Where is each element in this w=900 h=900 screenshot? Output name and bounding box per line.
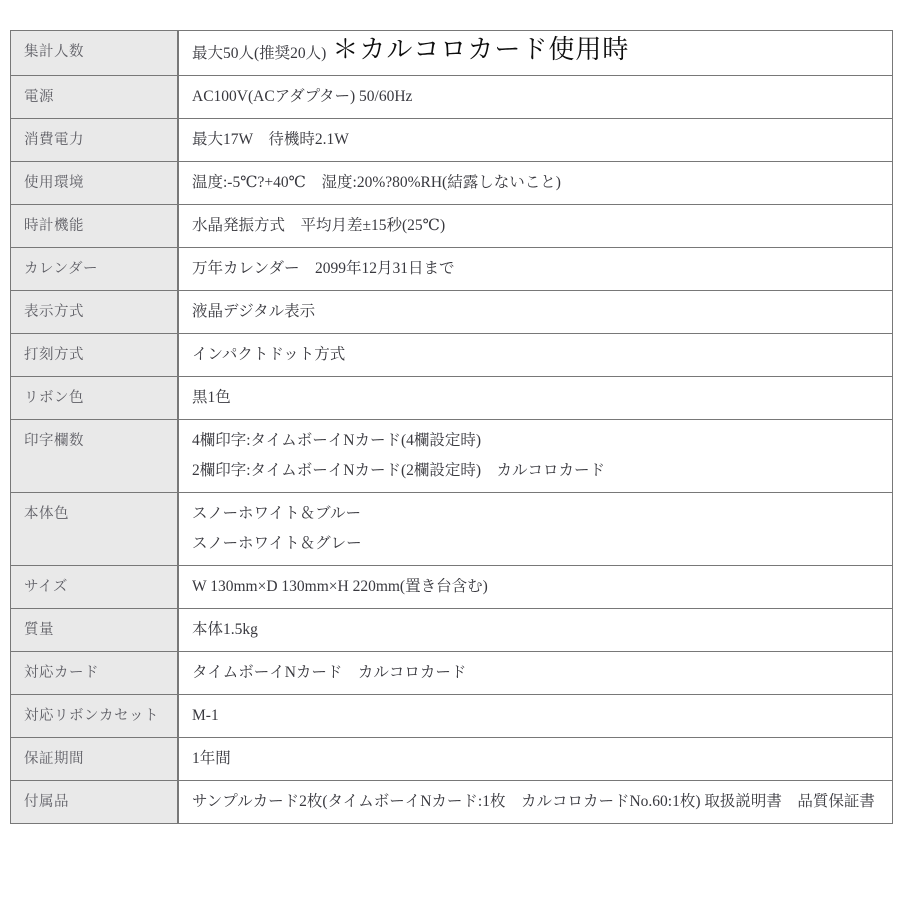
spec-table: 集計人数最大50人(推奨20人)＊カルコロカード使用時電源AC100V(ACアダ… [10,30,893,824]
spec-value-text: インパクトドット方式 [192,346,345,363]
table-row: 対応カードタイムボーイNカード カルコロカード [11,652,892,695]
spec-value-text: タイムボーイNカード カルコロカード [192,664,466,681]
spec-label: リボン色 [11,377,179,419]
spec-label: 使用環境 [11,162,179,204]
spec-value-text: 4欄印字:タイムボーイNカード(4欄設定時) [192,432,481,449]
spec-value-text: 水晶発振方式 平均月差±15秒(25℃) [192,217,445,234]
spec-value-text: 黒1色 [192,389,231,406]
spec-label: 印字欄数 [11,420,179,492]
spec-value: 最大17W 待機時2.1W [179,119,892,161]
usage-note-large-text: ＊カルコロカード使用時 [332,35,629,64]
table-row: リボン色黒1色 [11,377,892,420]
spec-value-line: タイムボーイNカード カルコロカード [192,658,886,688]
spec-value-line: M-1 [192,701,886,731]
spec-value: 黒1色 [179,377,892,419]
spec-value: スノーホワイト＆ブルースノーホワイト＆グレー [179,493,892,565]
table-row: 時計機能水晶発振方式 平均月差±15秒(25℃) [11,205,892,248]
table-row: 付属品サンプルカード2枚(タイムボーイNカード:1枚 カルコロカードNo.60:… [11,781,892,823]
table-row: 集計人数最大50人(推奨20人)＊カルコロカード使用時 [11,31,892,76]
spec-value-text: W 130mm×D 130mm×H 220mm(置き台含む) [192,578,488,595]
spec-value-text: スノーホワイト＆グレー [192,535,362,552]
spec-label: 対応カード [11,652,179,694]
spec-value-text: AC100V(ACアダプター) 50/60Hz [192,88,412,105]
spec-label: 対応リボンカセット [11,695,179,737]
spec-value-text: サンプルカード2枚(タイムボーイNカード:1枚 カルコロカードNo.60:1枚)… [192,793,875,810]
spec-value-line: 温度:-5℃?+40℃ 湿度:20%?80%RH(結露しないこと) [192,168,886,198]
spec-label: カレンダー [11,248,179,290]
spec-label: 消費電力 [11,119,179,161]
table-row: 消費電力最大17W 待機時2.1W [11,119,892,162]
spec-label: 保証期間 [11,738,179,780]
table-row: 印字欄数4欄印字:タイムボーイNカード(4欄設定時)2欄印字:タイムボーイNカー… [11,420,892,493]
spec-value-line: 最大17W 待機時2.1W [192,125,886,155]
table-row: 使用環境温度:-5℃?+40℃ 湿度:20%?80%RH(結露しないこと) [11,162,892,205]
spec-value-line: インパクトドット方式 [192,340,886,370]
spec-value-line: 4欄印字:タイムボーイNカード(4欄設定時) [192,426,886,456]
table-row: カレンダー万年カレンダー 2099年12月31日まで [11,248,892,291]
spec-value: AC100V(ACアダプター) 50/60Hz [179,76,892,118]
table-row: 電源AC100V(ACアダプター) 50/60Hz [11,76,892,119]
spec-value-text: 最大50人(推奨20人) [192,45,326,62]
spec-label: 時計機能 [11,205,179,247]
spec-value-line: 本体1.5kg [192,615,886,645]
spec-label: 付属品 [11,781,179,823]
spec-value-text: M-1 [192,707,219,724]
spec-label: 本体色 [11,493,179,565]
spec-label: サイズ [11,566,179,608]
spec-value-line: 2欄印字:タイムボーイNカード(2欄設定時) カルコロカード [192,456,886,486]
table-row: 打刻方式インパクトドット方式 [11,334,892,377]
spec-label: 電源 [11,76,179,118]
table-row: 対応リボンカセットM-1 [11,695,892,738]
product-spec-page: 集計人数最大50人(推奨20人)＊カルコロカード使用時電源AC100V(ACアダ… [0,0,900,900]
spec-label: 表示方式 [11,291,179,333]
spec-value-line: 液晶デジタル表示 [192,297,886,327]
spec-value-text: 液晶デジタル表示 [192,303,315,320]
spec-value: 万年カレンダー 2099年12月31日まで [179,248,892,290]
table-row: サイズW 130mm×D 130mm×H 220mm(置き台含む) [11,566,892,609]
spec-value-text: 2欄印字:タイムボーイNカード(2欄設定時) カルコロカード [192,462,605,479]
spec-value-line: 黒1色 [192,383,886,413]
spec-value: 温度:-5℃?+40℃ 湿度:20%?80%RH(結露しないこと) [179,162,892,204]
spec-value: W 130mm×D 130mm×H 220mm(置き台含む) [179,566,892,608]
spec-value-line: 水晶発振方式 平均月差±15秒(25℃) [192,211,886,241]
spec-value: 本体1.5kg [179,609,892,651]
spec-value: サンプルカード2枚(タイムボーイNカード:1枚 カルコロカードNo.60:1枚)… [179,781,892,823]
spec-value: 4欄印字:タイムボーイNカード(4欄設定時)2欄印字:タイムボーイNカード(2欄… [179,420,892,492]
spec-label: 質量 [11,609,179,651]
spec-value: インパクトドット方式 [179,334,892,376]
spec-value-text: 本体1.5kg [192,621,258,638]
spec-value: M-1 [179,695,892,737]
spec-label: 集計人数 [11,31,179,75]
spec-value-text: 温度:-5℃?+40℃ 湿度:20%?80%RH(結露しないこと) [192,174,561,191]
table-row: 質量本体1.5kg [11,609,892,652]
spec-value-line: 1年間 [192,744,886,774]
spec-value-line: W 130mm×D 130mm×H 220mm(置き台含む) [192,572,886,602]
spec-value-line: スノーホワイト＆ブルー [192,499,886,529]
spec-value: 水晶発振方式 平均月差±15秒(25℃) [179,205,892,247]
spec-value-line: スノーホワイト＆グレー [192,529,886,559]
spec-value-line: AC100V(ACアダプター) 50/60Hz [192,82,886,112]
spec-value-text: 1年間 [192,750,231,767]
spec-value-line: サンプルカード2枚(タイムボーイNカード:1枚 カルコロカードNo.60:1枚)… [192,787,886,817]
spec-value: 1年間 [179,738,892,780]
spec-label: 打刻方式 [11,334,179,376]
spec-value-text: 最大17W 待機時2.1W [192,131,349,148]
spec-value-line: 万年カレンダー 2099年12月31日まで [192,254,886,284]
table-row: 保証期間1年間 [11,738,892,781]
spec-value: 最大50人(推奨20人)＊カルコロカード使用時 [179,31,892,75]
spec-value-line: 最大50人(推奨20人)＊カルコロカード使用時 [192,37,886,69]
table-row: 表示方式液晶デジタル表示 [11,291,892,334]
spec-value-text: スノーホワイト＆ブルー [192,505,361,522]
spec-value: 液晶デジタル表示 [179,291,892,333]
spec-value-text: 万年カレンダー 2099年12月31日まで [192,260,455,277]
spec-value: タイムボーイNカード カルコロカード [179,652,892,694]
table-row: 本体色スノーホワイト＆ブルースノーホワイト＆グレー [11,493,892,566]
